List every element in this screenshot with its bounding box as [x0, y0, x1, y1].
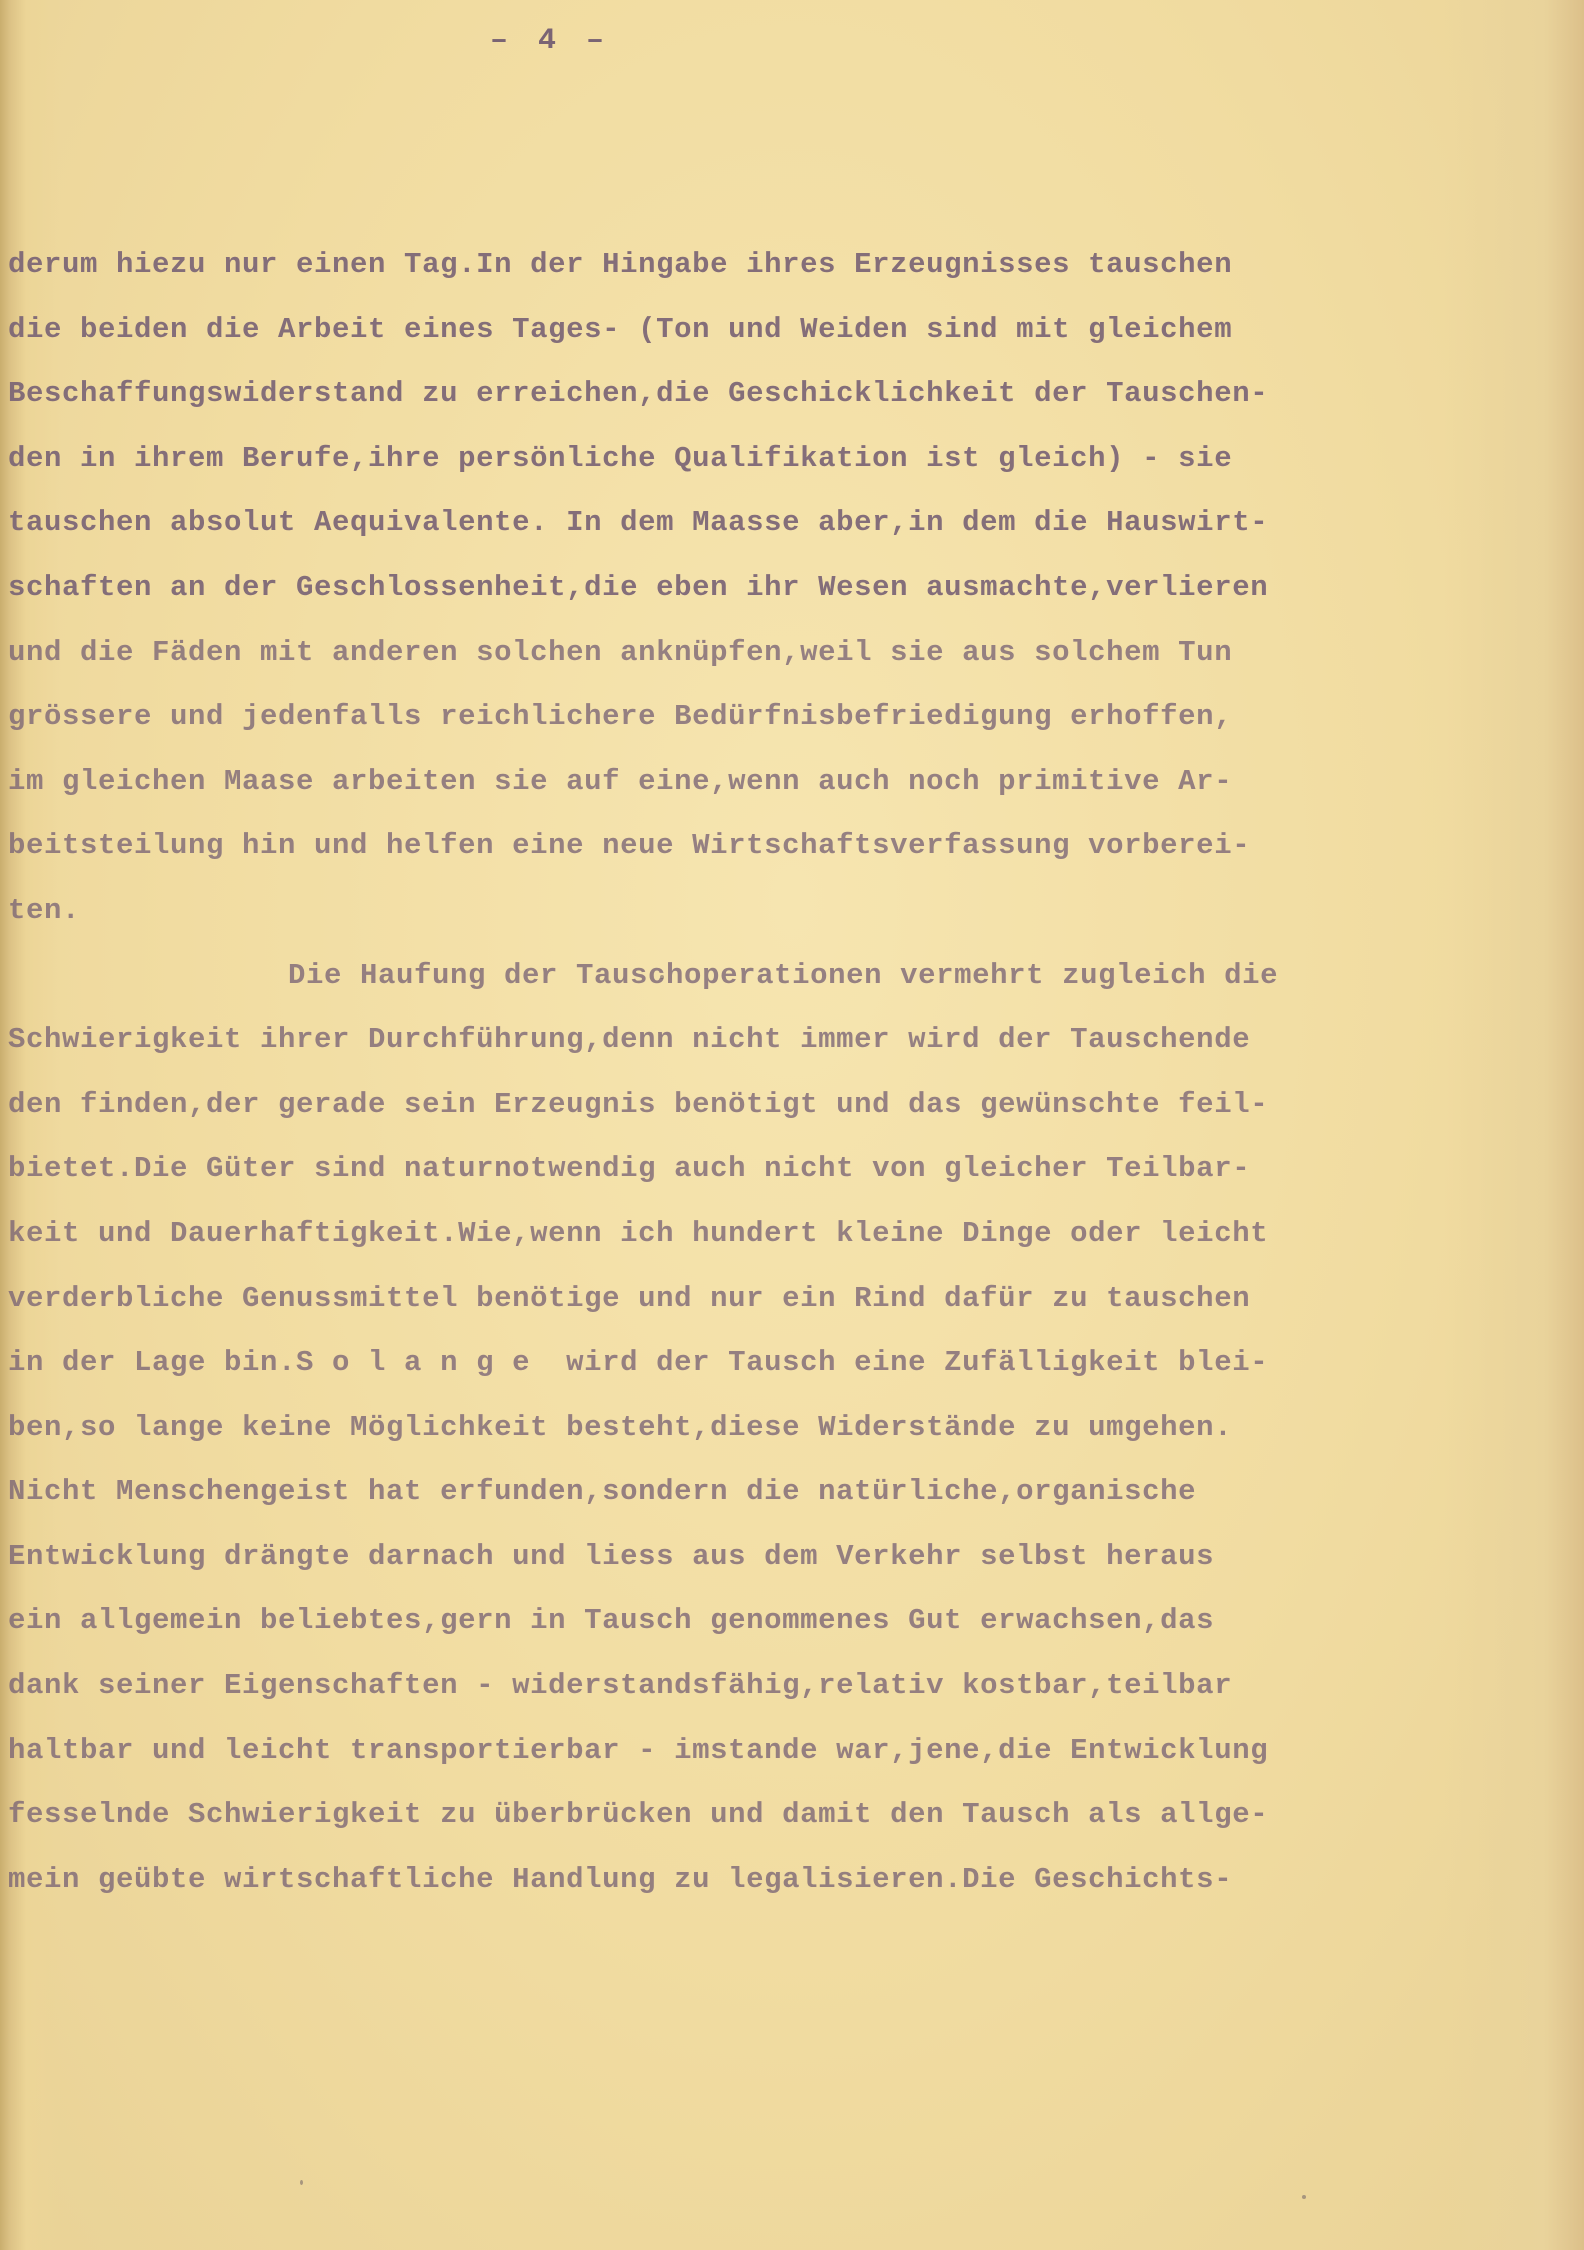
- text-line: den in ihrem Berufe,ihre persönliche Qua…: [8, 427, 1568, 492]
- text-line: im gleichen Maase arbeiten sie auf eine,…: [8, 750, 1568, 815]
- text-line: ben,so lange keine Möglichkeit besteht,d…: [8, 1396, 1568, 1461]
- body-text: derum hiezu nur einen Tag.In der Hingabe…: [8, 233, 1568, 1912]
- paper-speck: [660, 975, 664, 979]
- text-line: verderbliche Genussmittel benötige und n…: [8, 1267, 1568, 1332]
- paper-speck: [1302, 2195, 1306, 2199]
- text-line: grössere und jedenfalls reichlichere Bed…: [8, 685, 1568, 750]
- text-line: tauschen absolut Aequivalente. In dem Ma…: [8, 491, 1568, 556]
- text-line: ten.: [8, 879, 1568, 944]
- text-line: dank seiner Eigenschaften - widerstandsf…: [8, 1654, 1568, 1719]
- text-line: Schwierigkeit ihrer Durchführung,denn ni…: [8, 1008, 1568, 1073]
- text-line: bietet.Die Güter sind naturnotwendig auc…: [8, 1137, 1568, 1202]
- paper-speck: [300, 2180, 303, 2185]
- text-line: und die Fäden mit anderen solchen anknüp…: [8, 621, 1568, 686]
- typewritten-page: – 4 – derum hiezu nur einen Tag.In der H…: [0, 0, 1584, 2250]
- text-line: keit und Dauerhaftigkeit.Wie,wenn ich hu…: [8, 1202, 1568, 1267]
- text-line: die beiden die Arbeit eines Tages- (Ton …: [8, 298, 1568, 363]
- paragraph-start-line: Die Haufung der Tauschoperationen vermeh…: [8, 944, 1568, 1009]
- text-line: mein geübte wirtschaftliche Handlung zu …: [8, 1848, 1568, 1913]
- text-line: fesselnde Schwierigkeit zu überbrücken u…: [8, 1783, 1568, 1848]
- text-line: derum hiezu nur einen Tag.In der Hingabe…: [8, 233, 1568, 298]
- page-number: – 4 –: [0, 24, 1584, 58]
- text-line: schaften an der Geschlossenheit,die eben…: [8, 556, 1568, 621]
- text-line: ein allgemein beliebtes,gern in Tausch g…: [8, 1589, 1568, 1654]
- text-line: Beschaffungswiderstand zu erreichen,die …: [8, 362, 1568, 427]
- text-line: den finden,der gerade sein Erzeugnis ben…: [8, 1073, 1568, 1138]
- text-line: Entwicklung drängte darnach und liess au…: [8, 1525, 1568, 1590]
- text-line: haltbar und leicht transportierbar - ims…: [8, 1719, 1568, 1784]
- text-line: beitsteilung hin und helfen eine neue Wi…: [8, 814, 1568, 879]
- text-line: in der Lage bin.S o l a n g e wird der T…: [8, 1331, 1568, 1396]
- text-line: Nicht Menschengeist hat erfunden,sondern…: [8, 1460, 1568, 1525]
